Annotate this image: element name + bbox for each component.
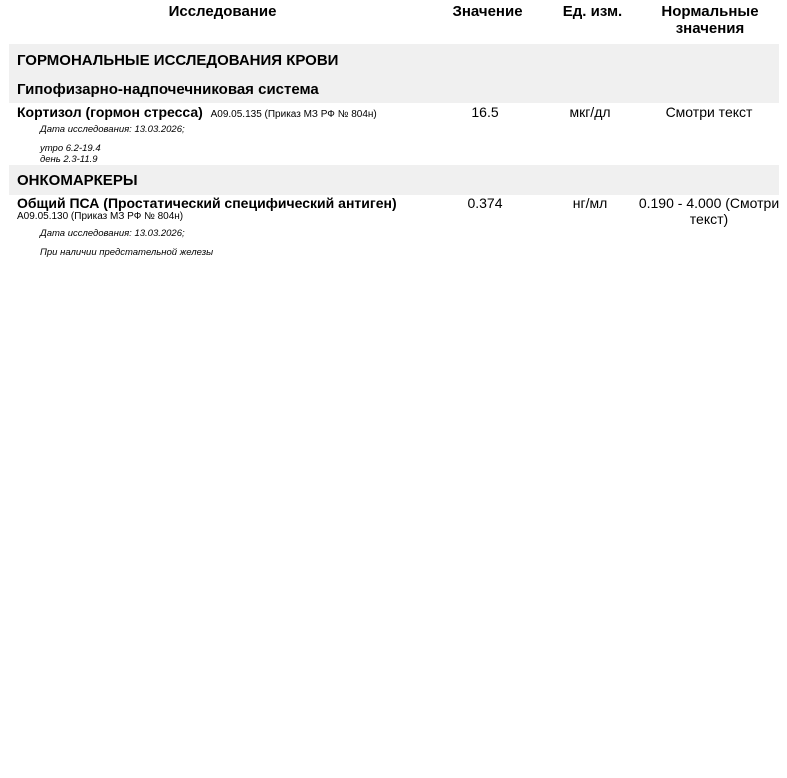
column-header-test: Исследование [120,3,325,20]
test-date-note: Дата исследования: 13.03.2026; [40,124,185,135]
test-note: утро 6.2-19.4 [40,143,101,154]
test-value: 16.5 [440,104,530,120]
test-name-cortisol: Кортизол (гормон стресса) A09.05.135 (Пр… [17,104,377,123]
test-note: При наличии предстательной железы [40,247,213,258]
subsection-title: Гипофизарно-надпочечниковая система [17,81,319,98]
test-name-text: Кортизол (гормон стресса) [17,104,203,120]
test-norm: 0.190 - 4.000 (Смотри текст) [634,195,784,227]
column-header-unit: Ед. изм. [550,3,635,20]
test-code: A09.05.130 (Приказ МЗ РФ № 804н) [17,211,183,223]
test-norm: Смотри текст [634,104,784,120]
section-title: ГОРМОНАЛЬНЫЕ ИССЛЕДОВАНИЯ КРОВИ [17,52,338,69]
test-value: 0.374 [440,195,530,211]
lab-results-page: Исследование Значение Ед. изм. Нормальны… [0,0,787,778]
test-unit: нг/мл [545,195,635,211]
test-name-psa: Общий ПСА (Простатический специфический … [17,195,397,211]
section-title: ОНКОМАРКЕРЫ [17,172,138,189]
column-header-norm: Нормальные значения [640,3,780,37]
test-note: день 2.3-11.9 [40,154,98,165]
column-header-value: Значение [440,3,535,20]
test-unit: мкг/дл [545,104,635,120]
test-date-note: Дата исследования: 13.03.2026; [40,228,185,239]
test-code: A09.05.135 (Приказ МЗ РФ № 804н) [211,109,377,120]
